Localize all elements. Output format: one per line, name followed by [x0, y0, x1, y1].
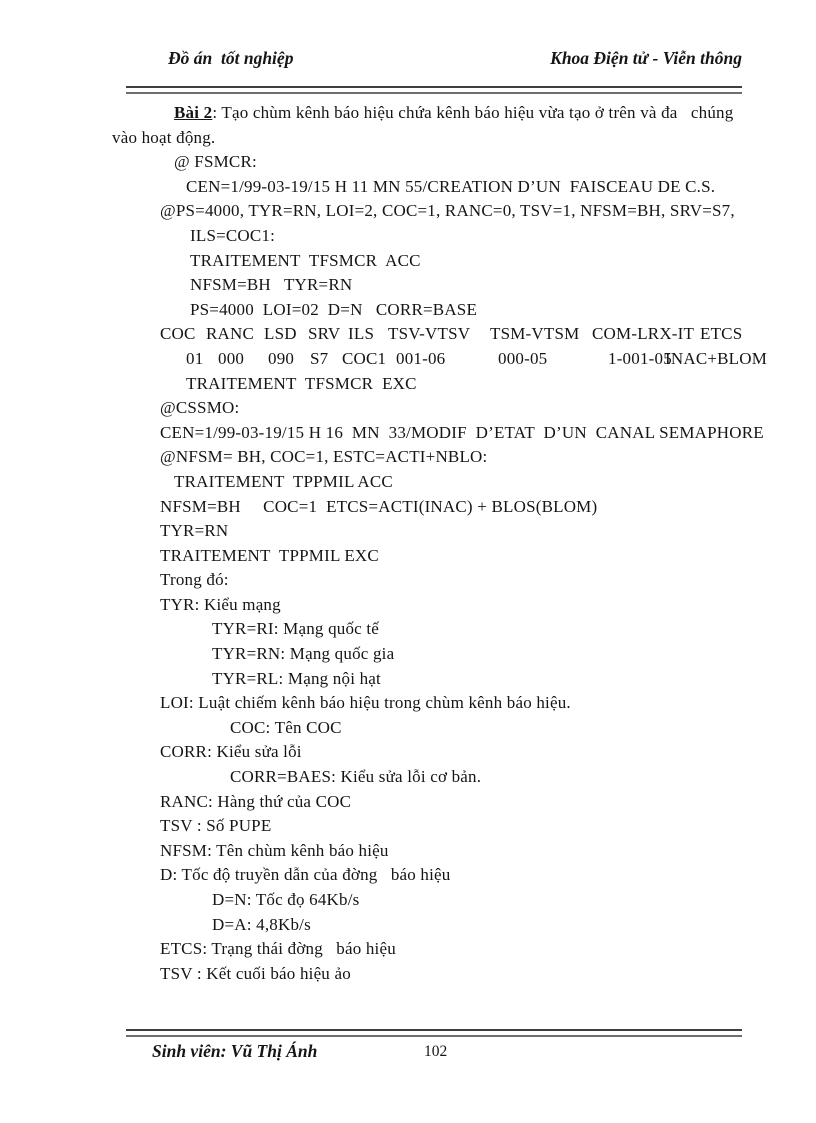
document-line: TSV : Kết cuối báo hiệu ảo — [160, 962, 776, 987]
header-faculty-name: Khoa Điện tử - Viễn thông — [550, 48, 742, 69]
footer-student-name: Sinh viên: Vũ Thị Ánh — [152, 1041, 317, 1062]
document-line: NFSM=BH COC=1 ETCS=ACTI(INAC) + BLOS(BLO… — [160, 495, 776, 520]
document-line: RANC: Hàng thứ của COC — [160, 790, 776, 815]
document-line: PS=4000 LOI=02 D=N CORR=BASE — [190, 298, 776, 323]
document-line: D=N: Tốc đọ 64Kb/s — [212, 888, 776, 913]
document-line: TRAITEMENT TPPMIL ACC — [174, 470, 776, 495]
document-line: CEN=1/99-03-19/15 H 11 MN 55/CREATION D’… — [186, 175, 776, 200]
table-cell: COM-LRX-IT — [592, 322, 694, 347]
table-cell: TSV-VTSV — [388, 322, 470, 347]
table-cell: 000 — [218, 347, 244, 372]
document-body: Bài 2: Tạo chùm kênh báo hiệu chứa kênh … — [112, 101, 776, 986]
document-line: TYR: Kiểu mạng — [160, 593, 776, 618]
intro-line: Bài 2: Tạo chùm kênh báo hiệu chứa kênh … — [174, 101, 776, 126]
table-cell: ILS — [348, 322, 374, 347]
signalling-table-header: COCRANCLSDSRVILSTSV-VTSVTSM-VTSMCOM-LRX-… — [160, 322, 776, 347]
table-cell: ETCS — [700, 322, 742, 347]
document-line: @NFSM= BH, COC=1, ESTC=ACTI+NBLO: — [160, 445, 776, 470]
table-cell: INAC+BLOM — [665, 347, 767, 372]
footer-page-number: 102 — [424, 1043, 447, 1061]
document-line: ETCS: Trạng thái đờng báo hiệu — [160, 937, 776, 962]
table-cell: SRV — [308, 322, 340, 347]
document-line: COC: Tên COC — [230, 716, 776, 741]
document-line: vào hoạt động. — [112, 126, 776, 151]
document-line: CORR=BAES: Kiểu sửa lỗi cơ bản. — [230, 765, 776, 790]
header-rule — [126, 86, 742, 94]
table-cell: 1-001-05 — [608, 347, 672, 372]
document-line: NFSM=BH TYR=RN — [190, 273, 776, 298]
document-line: D: Tốc độ truyền dẫn của đờng báo hiệu — [160, 863, 776, 888]
header-project-title: Đồ án tốt nghiệp — [168, 48, 293, 69]
table-cell: 090 — [268, 347, 294, 372]
document-line: LOI: Luật chiếm kênh báo hiệu trong chùm… — [160, 691, 776, 716]
document-line: TRAITEMENT TFSMCR ACC — [190, 249, 776, 274]
document-line: D=A: 4,8Kb/s — [212, 913, 776, 938]
document-page: Đồ án tốt nghiệp Khoa Điện tử - Viễn thô… — [0, 0, 816, 1123]
document-line: @ FSMCR: — [174, 150, 776, 175]
document-line: TRAITEMENT TPPMIL EXC — [160, 544, 776, 569]
table-cell: RANC — [206, 322, 254, 347]
table-cell: COC1 — [342, 347, 386, 372]
table-cell: 000-05 — [498, 347, 547, 372]
document-line: TSV : Số PUPE — [160, 814, 776, 839]
document-line: CEN=1/99-03-19/15 H 16 MN 33/MODIF D’ETA… — [160, 421, 776, 446]
document-line: TYR=RL: Mạng nội hạt — [212, 667, 776, 692]
document-line: NFSM: Tên chùm kênh báo hiệu — [160, 839, 776, 864]
document-line: TRAITEMENT TFSMCR EXC — [186, 372, 776, 397]
exercise-label: Bài 2 — [174, 103, 212, 122]
table-cell: LSD — [264, 322, 297, 347]
footer-rule — [126, 1029, 742, 1037]
table-cell: S7 — [310, 347, 328, 372]
table-cell: 01 — [186, 347, 203, 372]
table-cell: COC — [160, 322, 196, 347]
document-line: TYR=RN — [160, 519, 776, 544]
signalling-table-row: 01000090S7COC1001-06000-051-001-05INAC+B… — [160, 347, 776, 372]
table-cell: TSM-VTSM — [490, 322, 579, 347]
document-line: CORR: Kiểu sửa lỗi — [160, 740, 776, 765]
document-line: Trong đó: — [160, 568, 776, 593]
document-line: TYR=RI: Mạng quốc tế — [212, 617, 776, 642]
document-line: ILS=COC1: — [190, 224, 776, 249]
table-cell: 001-06 — [396, 347, 445, 372]
document-line: @PS=4000, TYR=RN, LOI=2, COC=1, RANC=0, … — [160, 199, 776, 224]
document-line: @CSSMO: — [160, 396, 776, 421]
intro-text: : Tạo chùm kênh báo hiệu chứa kênh báo h… — [212, 103, 733, 122]
document-line: TYR=RN: Mạng quốc gia — [212, 642, 776, 667]
